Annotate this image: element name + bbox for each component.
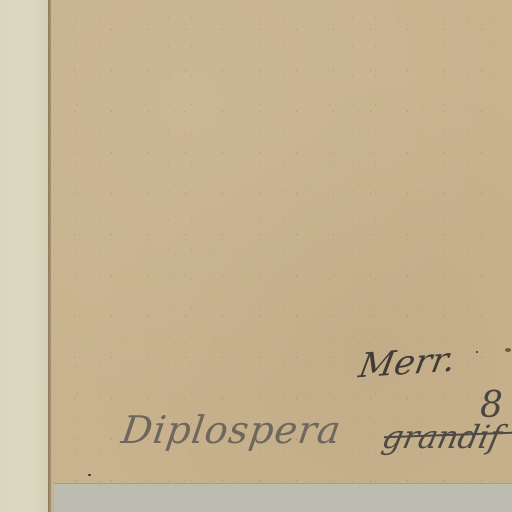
- mounting-mat: [0, 0, 50, 512]
- stain-spot: [505, 348, 511, 352]
- label-strip: [54, 483, 512, 512]
- genus-annotation: Diplospera: [119, 408, 344, 452]
- ink-dot: [476, 351, 478, 353]
- specimen-spot: [88, 474, 91, 476]
- author-annotation: Merr.: [356, 340, 459, 386]
